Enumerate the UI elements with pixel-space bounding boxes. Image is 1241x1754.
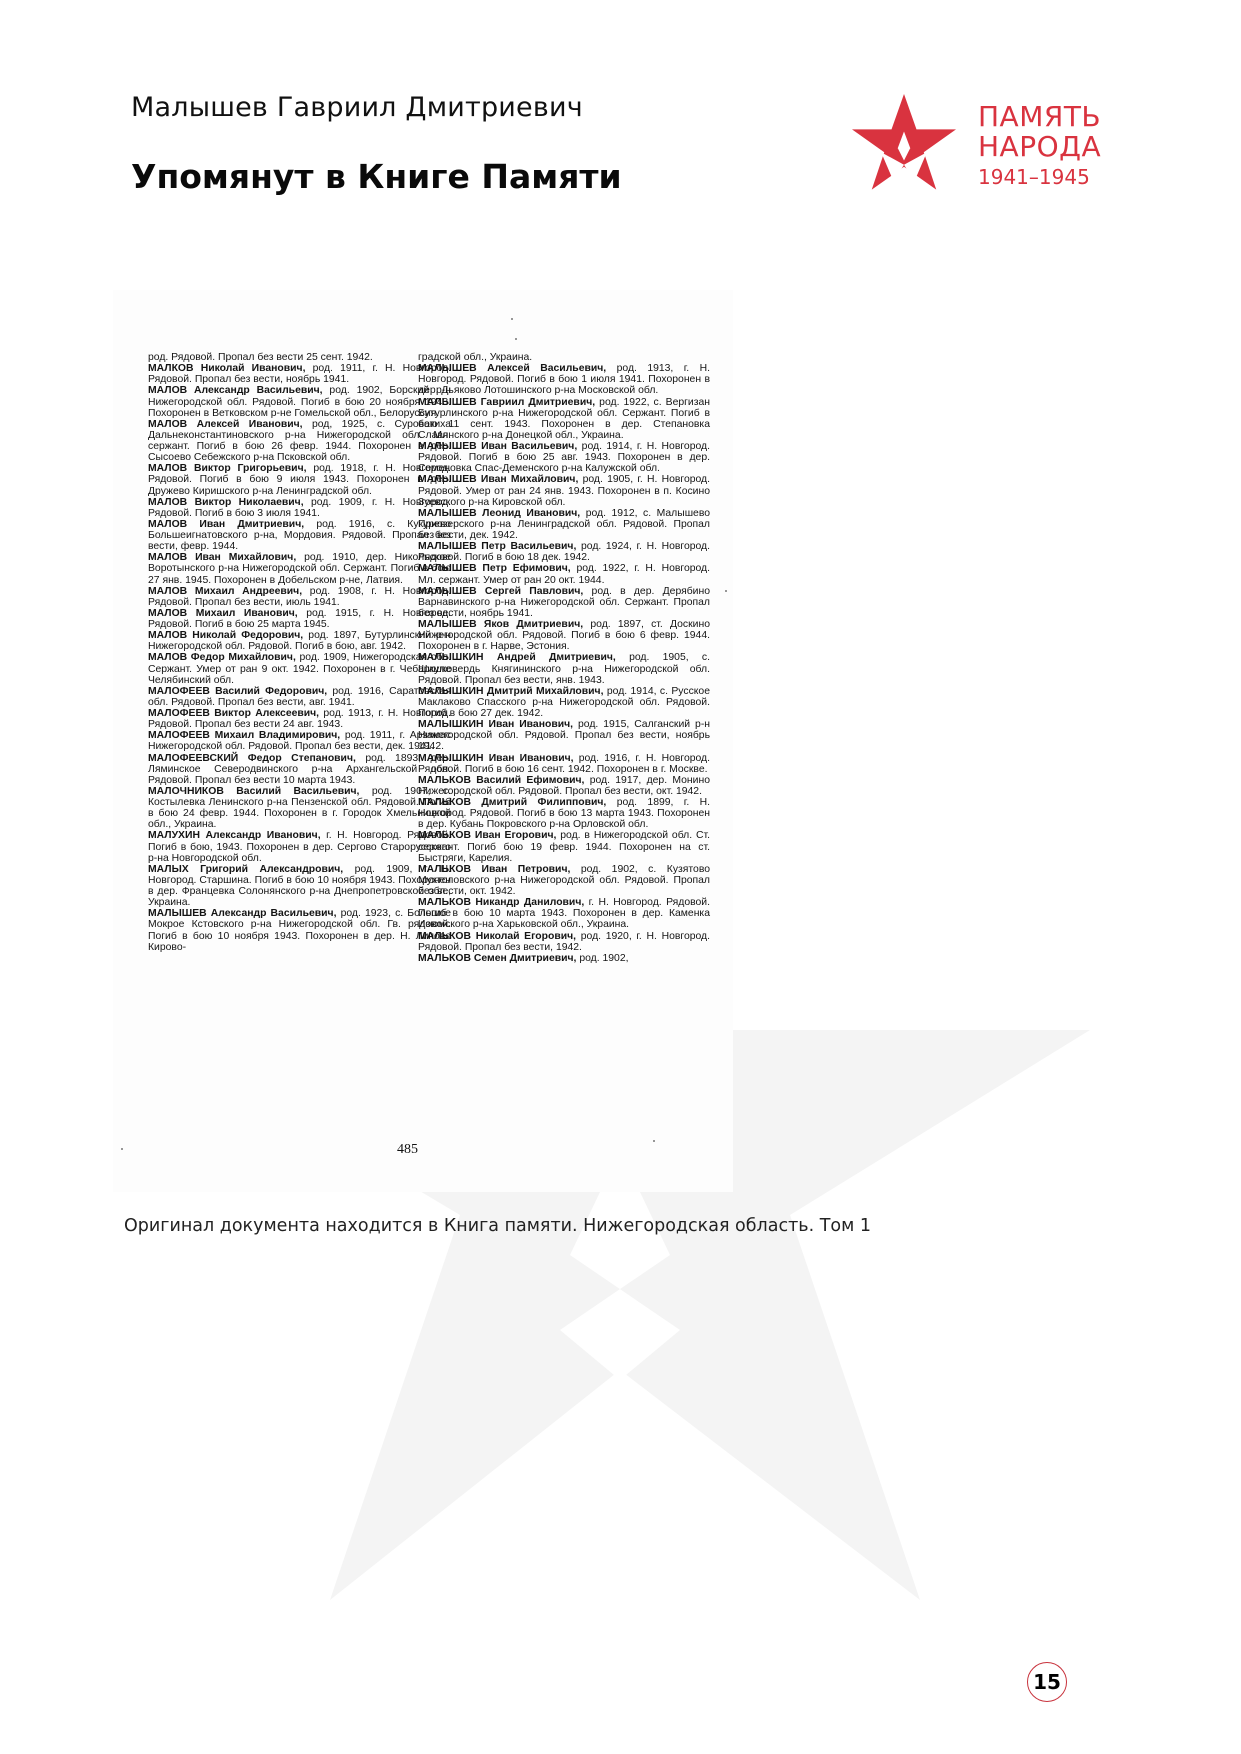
- entry-details: род. 1915, г. Н. Новгород. Рядовой. Поги…: [148, 608, 451, 630]
- entry-surname: МАЛЬКОВ: [418, 797, 471, 808]
- memorial-entry: МАЛЫШЕВ Яков Дмитриевич, род. 1897, ст. …: [418, 619, 710, 652]
- logo-line-2: НАРОДА: [978, 132, 1101, 162]
- entry-surname: МАЛЫШЕВ: [418, 474, 477, 485]
- entry-surname: МАЛОВ: [148, 552, 187, 563]
- entry-surname: МАЛЫШЕВ: [418, 619, 477, 630]
- entry-given-names: Петр Ефимович,: [482, 563, 570, 574]
- entry-given-names: Николай Иванович,: [201, 363, 306, 374]
- entry-surname: МАЛЫШЕВ: [418, 397, 477, 408]
- entry-surname: МАЛЫШКИН: [418, 686, 484, 697]
- entry-given-names: Иван Петрович,: [482, 864, 571, 875]
- entry-surname: МАЛОЧНИКОВ: [148, 786, 224, 797]
- memorial-entry: МАЛОЧНИКОВ Василий Васильевич, род. 1907…: [148, 786, 451, 831]
- entry-surname: МАЛЬКОВ: [418, 931, 471, 942]
- entry-given-names: Михаил Владимирович,: [215, 730, 341, 741]
- memorial-entry: МАЛЬКОВ Никандр Данилович, г. Н. Новгоро…: [418, 897, 710, 930]
- memorial-entry: МАЛЫШЕВ Алексей Васильевич, род. 1913, г…: [418, 363, 710, 396]
- entry-given-names: Иван Васильевич,: [481, 441, 577, 452]
- entry-given-names: Иван Михайлович,: [481, 474, 579, 485]
- memorial-entry: МАЛОФЕЕВ Василий Федорович, род. 1916, С…: [148, 686, 451, 708]
- entry-surname: МАЛЫШЕВ: [418, 508, 477, 519]
- entry-surname: МАЛОВ: [148, 608, 187, 619]
- entry-surname: МАЛЬКОВ: [418, 864, 471, 875]
- memorial-entry: МАЛЫШКИН Андрей Дмитриевич, род. 1905, с…: [418, 652, 710, 685]
- memorial-entry: МАЛЫШКИН Дмитрий Михайлович, род. 1914, …: [418, 686, 710, 719]
- entry-given-names: Василий Ефимович,: [476, 775, 584, 786]
- entry-given-names: Леонид Иванович,: [482, 508, 580, 519]
- entry-surname: МАЛЫШКИН: [418, 719, 484, 730]
- memorial-entry: МАЛЫШЕВ Петр Ефимович, род. 1922, г. Н. …: [418, 563, 710, 585]
- memorial-entry: МАЛЫШЕВ Гавриил Дмитриевич, род. 1922, с…: [418, 397, 710, 442]
- logo-years: 1941–1945: [978, 164, 1101, 190]
- memorial-entry: МАЛЫШЕВ Александр Васильевич, род. 1923,…: [148, 908, 451, 953]
- memorial-entry: МАЛОВ Александр Васильевич, род. 1902, Б…: [148, 385, 451, 418]
- red-star-icon: [852, 94, 956, 198]
- entry-given-names: Иван Дмитриевич,: [199, 519, 304, 530]
- entry-surname: МАЛЫШЕВ: [418, 363, 477, 374]
- entry-surname: МАЛОФЕЕВ: [148, 708, 210, 719]
- entry-given-names: Николай Федорович,: [192, 630, 303, 641]
- entry-given-names: Виктор Алексеевич,: [214, 708, 319, 719]
- entry-given-names: Иван Егорович,: [475, 830, 557, 841]
- memorial-entry: МАЛОФЕЕВСКИЙ Федор Степанович, род. 1893…: [148, 753, 451, 786]
- entry-given-names: Василий Федорович,: [215, 686, 327, 697]
- scan-column-right: градской обл., Украина.МАЛЫШЕВ Алексей В…: [418, 352, 710, 964]
- memorial-entry: МАЛЫШЕВ Иван Михайлович, род. 1905, г. Н…: [418, 474, 710, 507]
- memorial-entry: МАЛЬКОВ Иван Петрович, род. 1902, с. Куз…: [418, 864, 710, 897]
- memorial-entry: МАЛКОВ Николай Иванович, род. 1911, г. Н…: [148, 363, 451, 385]
- entry-given-names: Виктор Григорьевич,: [194, 463, 307, 474]
- entry-given-names: Федор Степанович,: [248, 753, 356, 764]
- entry-given-names: Григорий Александрович,: [200, 864, 343, 875]
- memorial-entry: МАЛОФЕЕВ Михаил Владимирович, род. 1911,…: [148, 730, 451, 752]
- entry-surname: МАЛЫШЕВ: [418, 586, 477, 597]
- memorial-entry: МАЛЫШЕВ Петр Васильевич, род. 1924, г. Н…: [418, 541, 710, 563]
- entry-surname: МАЛЫШЕВ: [148, 908, 207, 919]
- memorial-entry: МАЛОФЕЕВ Виктор Алексеевич, род. 1913, г…: [148, 708, 451, 730]
- entry-given-names: Дмитрий Филиппович,: [481, 797, 606, 808]
- page-title: Упомянут в Книге Памяти: [131, 157, 622, 196]
- entry-surname: МАЛЫШЕВ: [418, 563, 477, 574]
- entry-surname: МАЛЬКОВ: [418, 953, 471, 964]
- memorial-entry: МАЛЬКОВ Дмитрий Филиппович, род. 1899, г…: [418, 797, 710, 830]
- entry-given-names: Александр Иванович,: [206, 830, 321, 841]
- entry-given-names: Михаил Иванович,: [196, 608, 298, 619]
- entry-given-names: Федор Михайлович,: [191, 652, 296, 663]
- entry-surname: МАЛОВ: [148, 519, 187, 530]
- entry-given-names: Иван Иванович,: [488, 719, 573, 730]
- entry-surname: МАЛКОВ: [148, 363, 194, 374]
- entry-given-names: Иван Михайлович,: [195, 552, 296, 563]
- page-number-badge: 15: [1027, 1662, 1067, 1702]
- memorial-entry: МАЛОВ Иван Дмитриевич, род. 1916, с. Кук…: [148, 519, 451, 552]
- memorial-entry: МАЛЫШКИН Иван Иванович, род. 1915, Салга…: [418, 719, 710, 752]
- scanned-document: род. Рядовой. Пропал без вести 25 сент. …: [113, 290, 733, 1192]
- entry-surname: МАЛЬКОВ: [418, 775, 471, 786]
- entry-given-names: Александр Васильевич,: [194, 385, 323, 396]
- entry-surname: МАЛЫШЕВ: [418, 441, 477, 452]
- memorial-entry: МАЛОВ Виктор Николаевич, род. 1909, г. Н…: [148, 497, 451, 519]
- entry-given-names: Гавриил Дмитриевич,: [481, 397, 595, 408]
- memorial-entry: род. Рядовой. Пропал без вести 25 сент. …: [148, 352, 451, 363]
- memorial-entry: МАЛОВ Виктор Григорьевич, род. 1918, г. …: [148, 463, 451, 496]
- entry-given-names: Василий Васильевич,: [236, 786, 359, 797]
- memorial-entry: МАЛЫШЕВ Сергей Павлович, род. в дер. Дер…: [418, 586, 710, 619]
- entry-given-names: Алексей Васильевич,: [487, 363, 606, 374]
- entry-given-names: Иван Иванович,: [489, 753, 574, 764]
- entry-surname: МАЛЫШЕВ: [418, 541, 477, 552]
- entry-surname: МАЛОВ: [148, 630, 187, 641]
- entry-given-names: Александр Васильевич,: [211, 908, 337, 919]
- entry-surname: МАЛОВ: [148, 419, 187, 430]
- entry-given-names: Андрей Дмитриевич,: [497, 652, 616, 663]
- person-name: Малышев Гавриил Дмитриевич: [131, 92, 583, 123]
- memorial-entry: МАЛОВ Николай Федорович, род. 1897, Буту…: [148, 630, 451, 652]
- memorial-entry: МАЛОВ Михаил Иванович, род. 1915, г. Н. …: [148, 608, 451, 630]
- scan-column-left: род. Рядовой. Пропал без вести 25 сент. …: [148, 352, 451, 953]
- entry-given-names: Никандр Данилович,: [475, 897, 584, 908]
- memorial-entry: МАЛЬКОВ Николай Егорович, род. 1920, г. …: [418, 931, 710, 953]
- memorial-entry: МАЛЬКОВ Василий Ефимович, род. 1917, дер…: [418, 775, 710, 797]
- entry-surname: МАЛОФЕЕВ: [148, 730, 210, 741]
- entry-surname: МАЛОВ: [148, 385, 187, 396]
- memorial-entry: МАЛЫХ Григорий Александрович, род. 1909,…: [148, 864, 451, 909]
- memorial-entry: МАЛОВ Алексей Иванович, род, 1925, с. Су…: [148, 419, 451, 464]
- entry-surname: МАЛЬКОВ: [418, 897, 471, 908]
- memorial-entry: МАЛОВ Михаил Андреевич, род. 1908, г. Н.…: [148, 586, 451, 608]
- entry-given-names: Николай Егорович,: [476, 931, 576, 942]
- entry-details: род. Рядовой. Пропал без вести 25 сент. …: [148, 352, 373, 363]
- memorial-entry: МАЛЫШЕВ Иван Васильевич, род. 1914, г. Н…: [418, 441, 710, 474]
- memorial-entry: МАЛУХИН Александр Иванович, г. Н. Новгор…: [148, 830, 451, 863]
- entry-surname: МАЛОВ: [148, 497, 187, 508]
- entry-surname: МАЛЫШКИН: [418, 652, 484, 663]
- entry-given-names: Михаил Андреевич,: [195, 586, 302, 597]
- entry-surname: МАЛУХИН: [148, 830, 200, 841]
- memorial-entry: МАЛЬКОВ Семен Дмитриевич, род. 1902,: [418, 953, 710, 964]
- memorial-entry: градской обл., Украина.: [418, 352, 710, 363]
- entry-given-names: Яков Дмитриевич,: [484, 619, 583, 630]
- memorial-entry: МАЛОВ Федор Михайлович, род. 1909, Нижег…: [148, 652, 451, 685]
- entry-surname: МАЛЫШКИН: [418, 753, 484, 764]
- logo-line-1: ПАМЯТЬ: [978, 102, 1101, 132]
- entry-surname: МАЛОВ: [148, 652, 187, 663]
- entry-surname: МАЛОФЕЕВСКИЙ: [148, 753, 238, 764]
- memorial-entry: МАЛЫШЕВ Леонид Иванович, род. 1912, с. М…: [418, 508, 710, 541]
- logo-text: ПАМЯТЬ НАРОДА 1941–1945: [978, 102, 1101, 190]
- source-caption: Оригинал документа находится в Книга пам…: [124, 1216, 871, 1236]
- entry-given-names: Петр Васильевич,: [481, 541, 576, 552]
- entry-given-names: Сергей Павлович,: [485, 586, 583, 597]
- entry-given-names: Виктор Николаевич,: [195, 497, 304, 508]
- memorial-entry: МАЛЫШКИН Иван Иванович, род. 1916, г. Н.…: [418, 753, 710, 775]
- entry-surname: МАЛЬКОВ: [418, 830, 471, 841]
- entry-details: род. 1902,: [579, 953, 628, 964]
- pamyat-naroda-logo: ПАМЯТЬ НАРОДА 1941–1945: [852, 94, 1162, 204]
- entry-surname: МАЛОФЕЕВ: [148, 686, 210, 697]
- entry-given-names: Алексей Иванович,: [197, 419, 303, 430]
- entry-surname: МАЛЫХ: [148, 864, 189, 875]
- entry-surname: МАЛОВ: [148, 586, 187, 597]
- entry-details: род. 1910, дер. Никольское Воротынского …: [148, 552, 451, 585]
- memorial-entry: МАЛОВ Иван Михайлович, род. 1910, дер. Н…: [148, 552, 451, 585]
- entry-details: градской обл., Украина.: [418, 352, 532, 363]
- entry-given-names: Дмитрий Михайлович,: [487, 686, 604, 697]
- entry-given-names: Семен Дмитриевич,: [474, 953, 577, 964]
- book-page-number: 485: [397, 1142, 418, 1158]
- memorial-entry: МАЛЬКОВ Иван Егорович, род. в Нижегородс…: [418, 830, 710, 863]
- entry-surname: МАЛОВ: [148, 463, 187, 474]
